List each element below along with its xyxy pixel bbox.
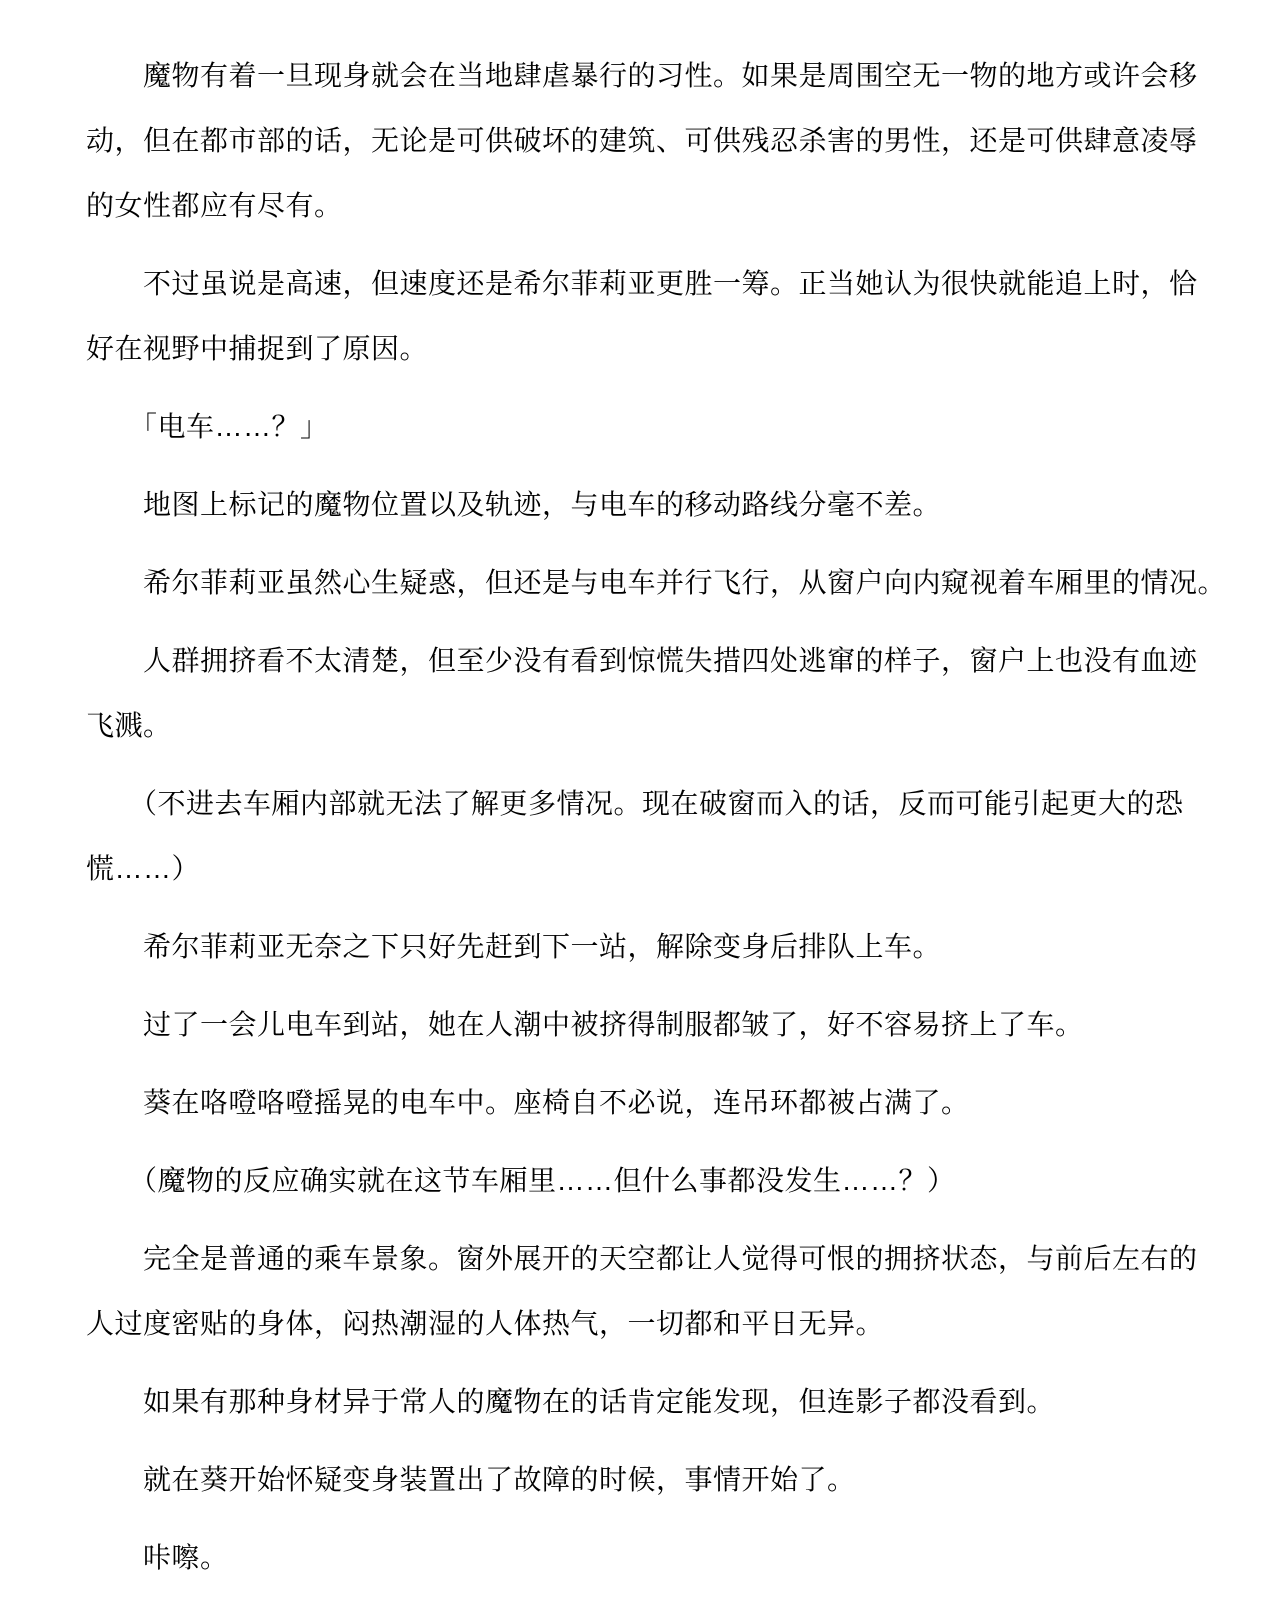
paragraph-9: 过了一会儿电车到站，她在人潮中被挤得制服都皱了，好不容易挤上了车。 bbox=[86, 992, 1184, 1057]
paragraph-4: 地图上标记的魔物位置以及轨迹，与电车的移动路线分毫不差。 bbox=[86, 472, 1184, 537]
paragraph-5: 希尔菲莉亚虽然心生疑惑，但还是与电车并行飞行，从窗户向内窥视着车厢里的情况。 bbox=[86, 550, 1184, 615]
paragraph-8: 希尔菲莉亚无奈之下只好先赶到下一站，解除变身后排队上车。 bbox=[86, 914, 1184, 979]
paragraph-11: （魔物的反应确实就在这节车厢里……但什么事都没发生……？） bbox=[86, 1148, 1184, 1213]
text-body: 魔物有着一旦现身就会在当地肆虐暴行的习性。如果是周围空无一物的地方或许会移 动，… bbox=[86, 43, 1184, 1590]
paragraph-15: 咔嚓。 bbox=[86, 1525, 1184, 1590]
paragraph-1: 魔物有着一旦现身就会在当地肆虐暴行的习性。如果是周围空无一物的地方或许会移 动，… bbox=[86, 43, 1184, 238]
paragraph-2: 不过虽说是高速，但速度还是希尔菲莉亚更胜一筹。正当她认为很快就能追上时，恰 好在… bbox=[86, 251, 1184, 381]
paragraph-7: （不进去车厢内部就无法了解更多情况。现在破窗而入的话，反而可能引起更大的恐 慌…… bbox=[86, 771, 1184, 901]
paragraph-13: 如果有那种身材异于常人的魔物在的话肯定能发现，但连影子都没看到。 bbox=[86, 1369, 1184, 1434]
paragraph-3: 「电车……？」 bbox=[86, 394, 1184, 459]
paragraph-6: 人群拥挤看不太清楚，但至少没有看到惊慌失措四处逃窜的样子，窗户上也没有血迹 飞溅… bbox=[86, 628, 1184, 758]
paragraph-12: 完全是普通的乘车景象。窗外展开的天空都让人觉得可恨的拥挤状态，与前后左右的 人过… bbox=[86, 1226, 1184, 1356]
document-page: 魔物有着一旦现身就会在当地肆虐暴行的习性。如果是周围空无一物的地方或许会移 动，… bbox=[0, 0, 1280, 1624]
paragraph-14: 就在葵开始怀疑变身装置出了故障的时候，事情开始了。 bbox=[86, 1447, 1184, 1512]
paragraph-10: 葵在咯噔咯噔摇晃的电车中。座椅自不必说，连吊环都被占满了。 bbox=[86, 1070, 1184, 1135]
